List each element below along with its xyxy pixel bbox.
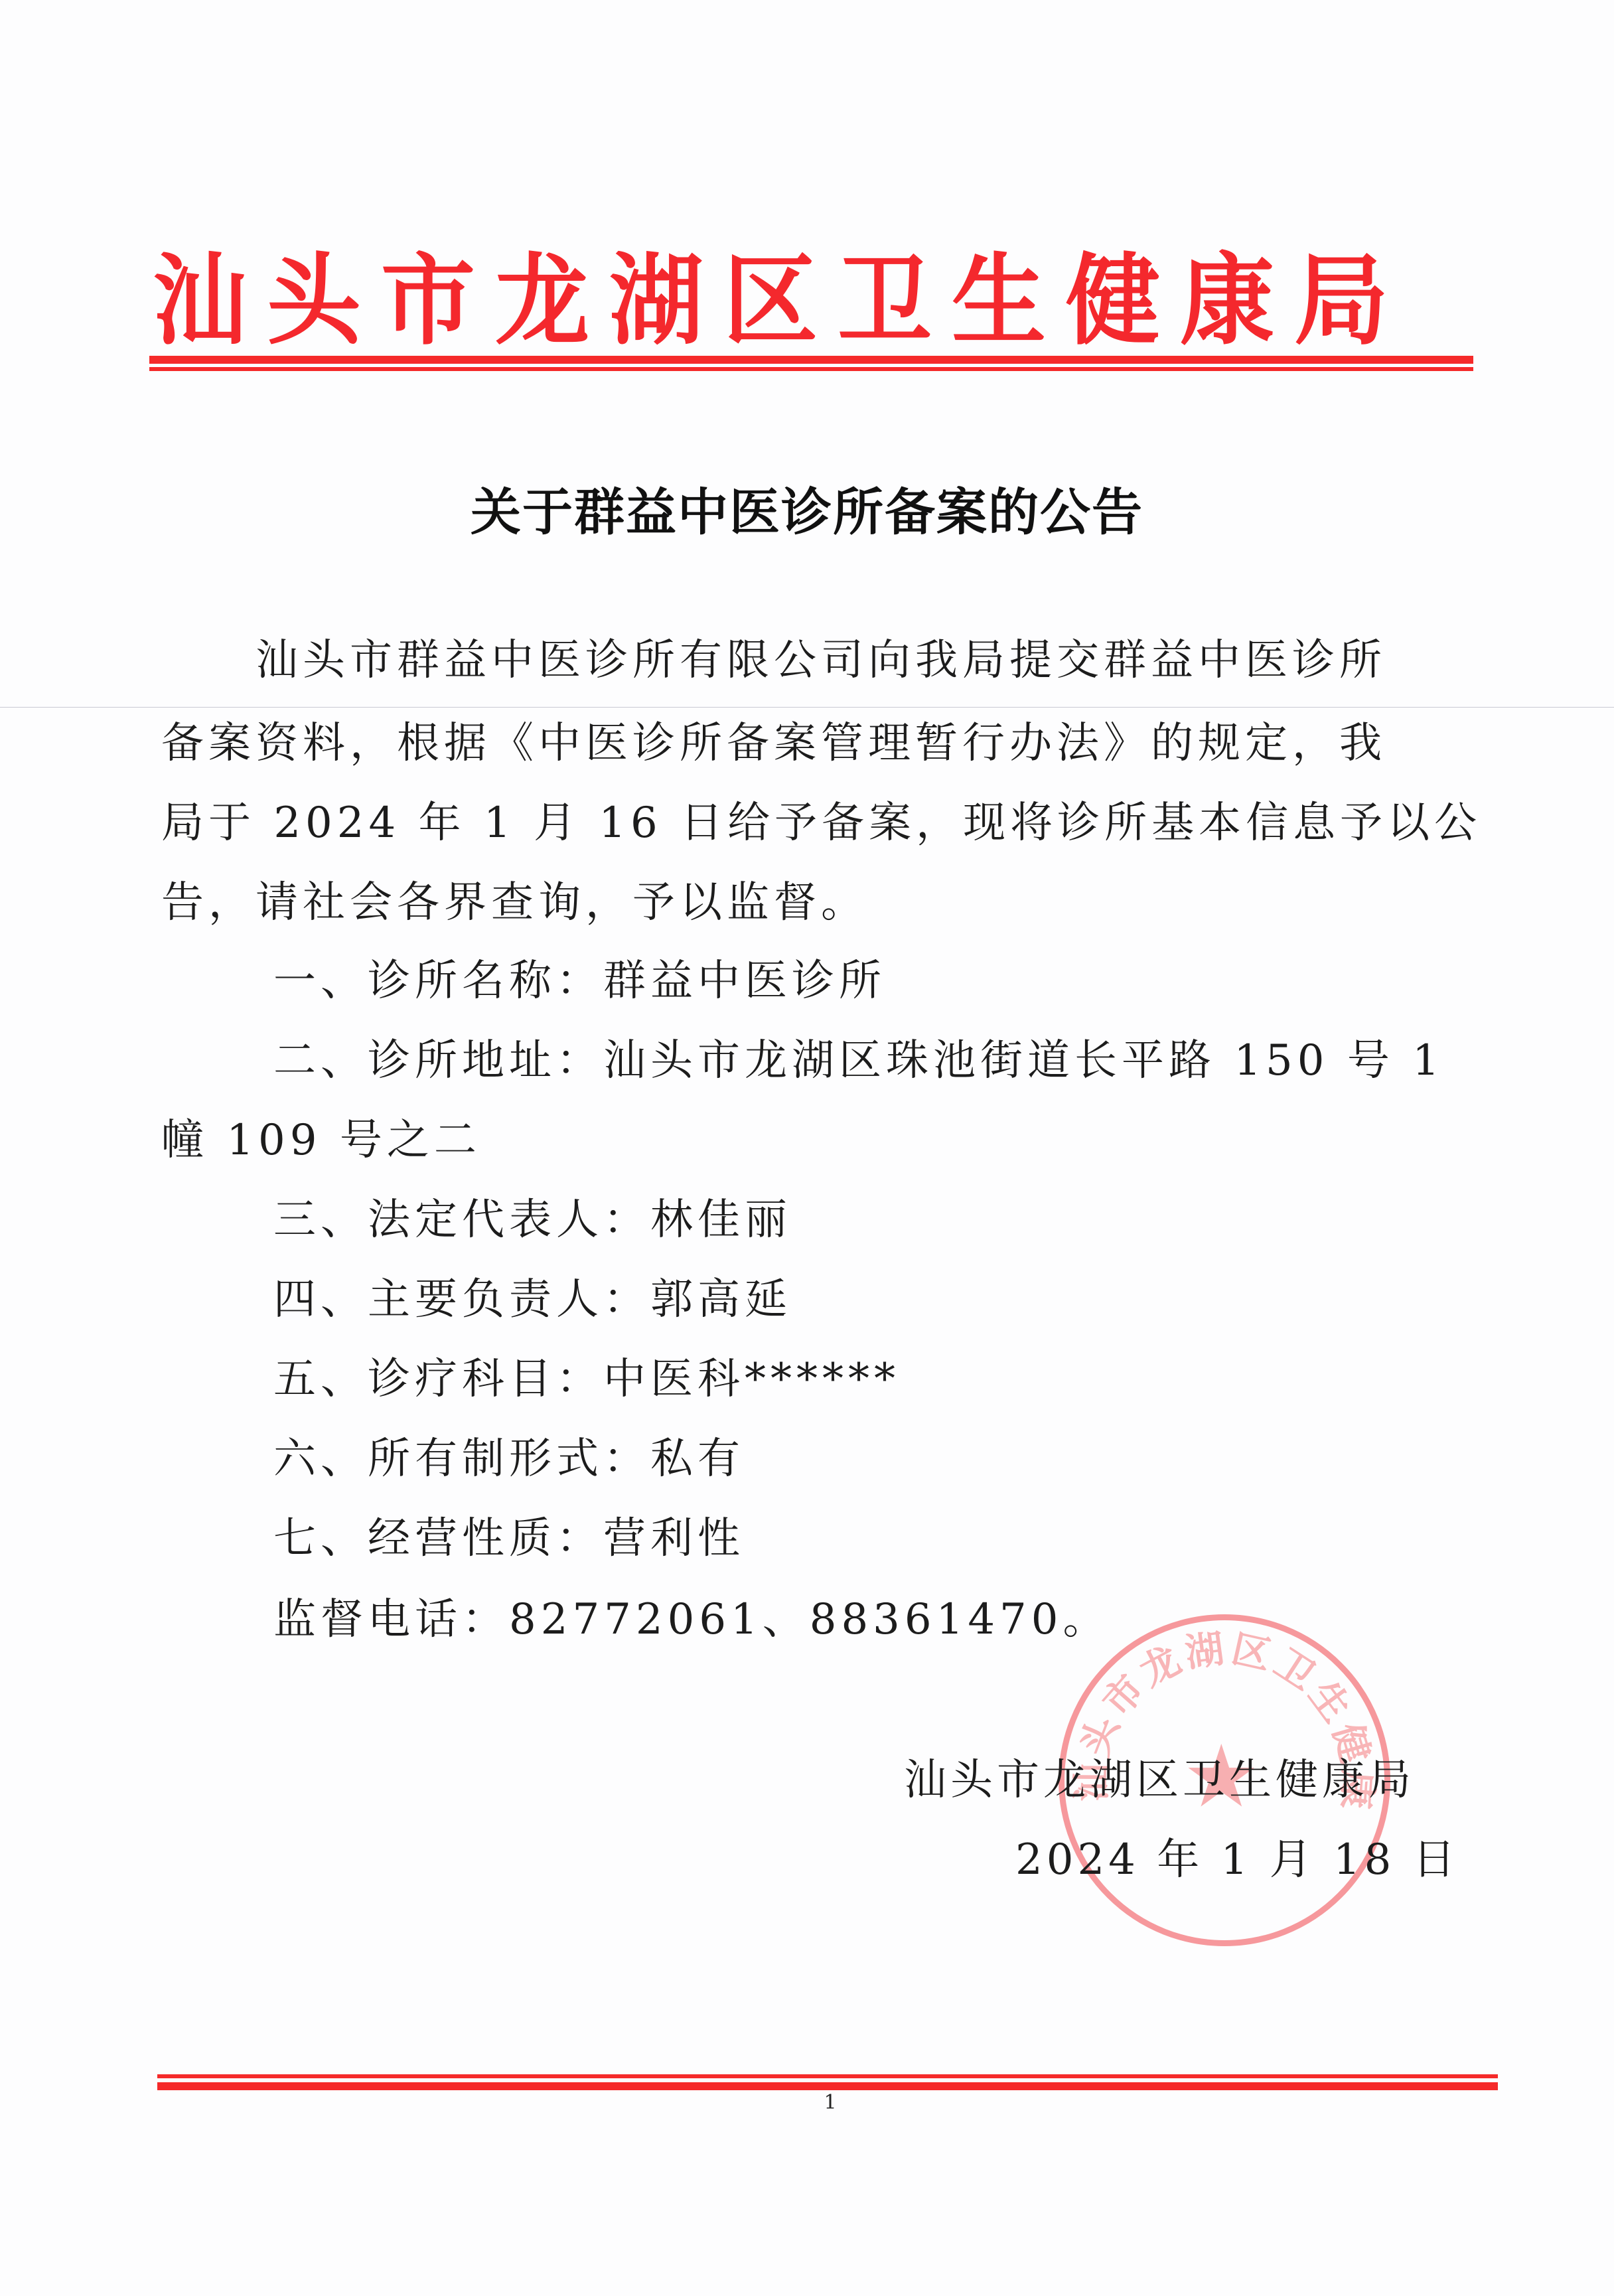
item-label: 六、所有制形式： xyxy=(273,1434,650,1484)
item-clinic-name: 一、诊所名称：群益中医诊所 xyxy=(273,955,886,1008)
body-line-4: 告，请社会各界查询，予以监督。 xyxy=(161,876,868,929)
item-value: 私有 xyxy=(650,1434,745,1484)
item-label: 四、主要负责人： xyxy=(273,1275,650,1324)
item-label: 三、法定代表人： xyxy=(273,1195,650,1245)
item-clinic-address-continuation: 幢 109 号之二 xyxy=(161,1114,481,1167)
item-clinic-address: 二、诊所地址：汕头市龙湖区珠池街道长平路 150 号 1 xyxy=(273,1034,1444,1087)
signing-authority: 汕头市龙湖区卫生健康局 xyxy=(904,1754,1415,1807)
page-number: 1 xyxy=(820,2091,840,2114)
item-value: 群益中医诊所 xyxy=(603,957,886,1006)
item-label: 七、经营性质： xyxy=(273,1514,603,1563)
item-value: 郭高延 xyxy=(650,1275,792,1324)
body-line-1: 汕头市群益中医诊所有限公司向我局提交群益中医诊所 xyxy=(161,634,1386,687)
item-principal-responsible: 四、主要负责人：郭高延 xyxy=(273,1273,792,1326)
item-legal-representative: 三、法定代表人：林佳丽 xyxy=(273,1193,792,1247)
item-value: 林佳丽 xyxy=(650,1195,792,1245)
item-value: 营利性 xyxy=(603,1514,745,1563)
header-rule-thick xyxy=(149,356,1473,364)
item-value: 中医科****** xyxy=(603,1355,900,1404)
phone-label: 监督电话： xyxy=(273,1595,509,1644)
footer-rule-thick xyxy=(157,2082,1498,2090)
item-label: 五、诊疗科目： xyxy=(273,1355,603,1404)
scan-artifact-line xyxy=(0,707,1614,708)
phone-value: 82772061、88361470。 xyxy=(509,1595,1110,1644)
header-rule-thin xyxy=(149,367,1473,371)
issuing-authority-header: 汕头市龙湖区卫生健康局 xyxy=(153,242,1453,361)
item-label: 一、诊所名称： xyxy=(273,957,603,1006)
document-title: 关于群益中医诊所备案的公告 xyxy=(0,479,1614,546)
item-medical-subjects: 五、诊疗科目：中医科****** xyxy=(273,1353,900,1406)
item-business-nature: 七、经营性质：营利性 xyxy=(273,1512,745,1565)
body-line-2: 备案资料，根据《中医诊所备案管理暂行办法》的规定，我 xyxy=(161,717,1386,770)
supervision-phone: 监督电话：82772061、88361470。 xyxy=(273,1593,1110,1646)
signing-date: 2024 年 1 月 18 日 xyxy=(1015,1833,1459,1886)
footer-rule-thin xyxy=(157,2074,1498,2078)
body-line-3: 局于 2024 年 1 月 16 日给予备案，现将诊所基本信息予以公 xyxy=(161,797,1481,850)
item-value: 汕头市龙湖区珠池街道长平路 150 号 1 xyxy=(603,1036,1444,1085)
item-ownership-form: 六、所有制形式：私有 xyxy=(273,1432,745,1486)
item-label: 二、诊所地址： xyxy=(273,1036,603,1085)
